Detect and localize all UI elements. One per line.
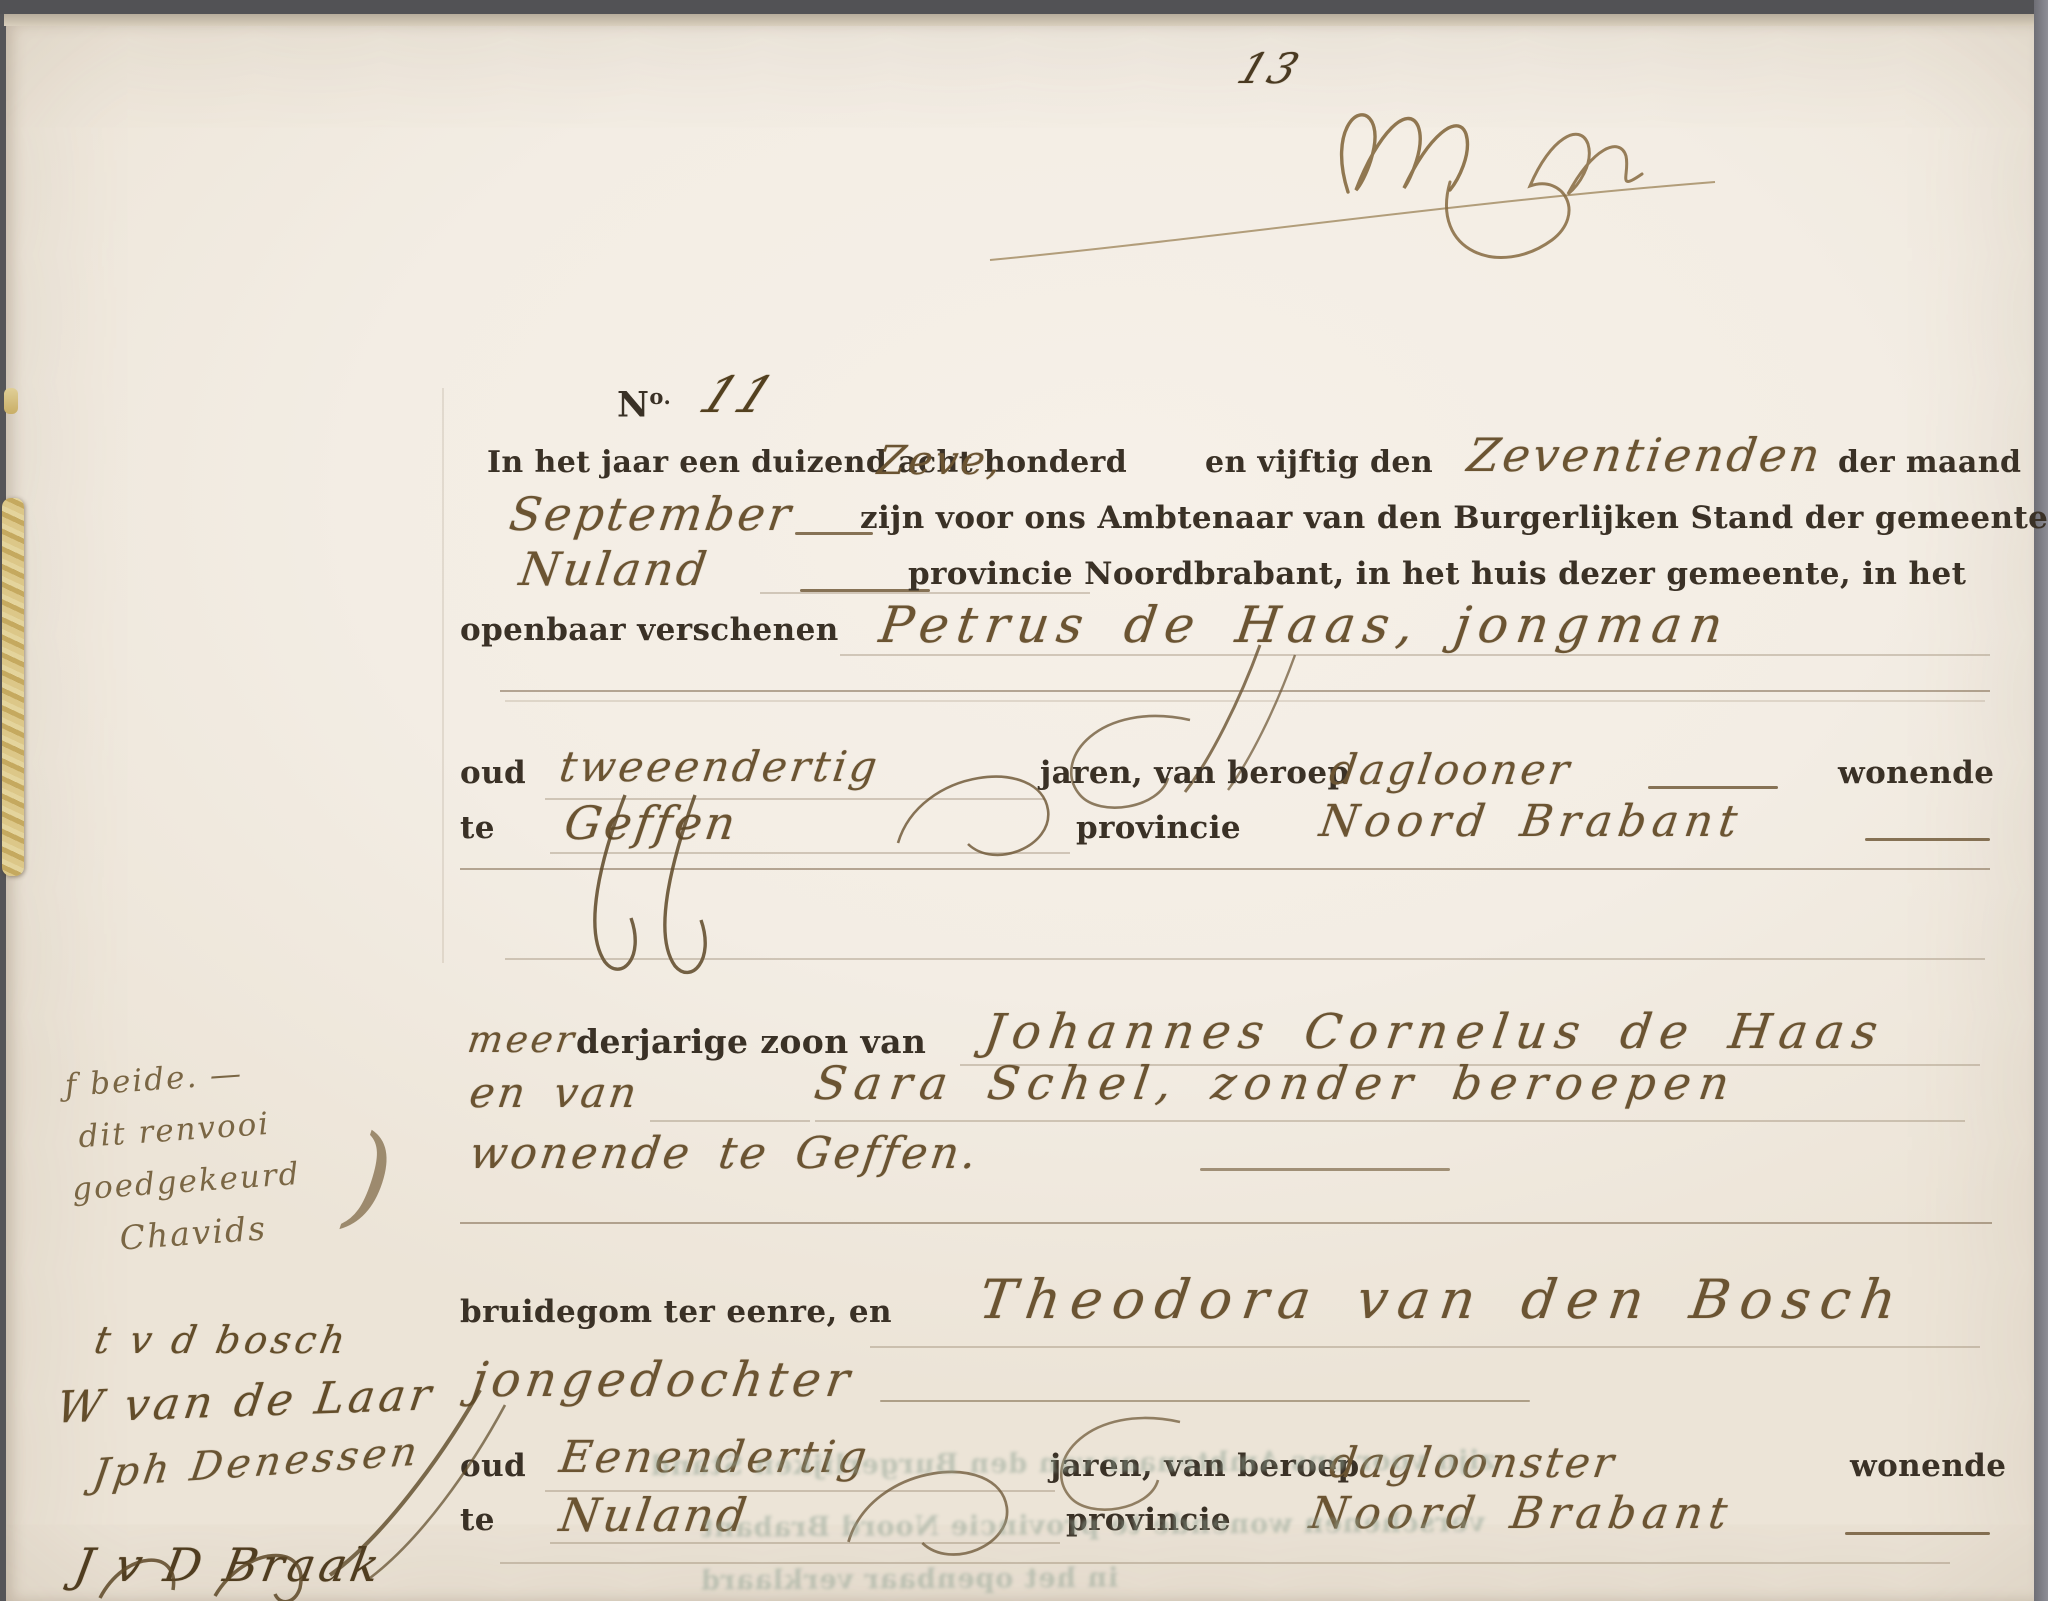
label-wonende-2: wonende <box>1850 1448 2006 1484</box>
label-oud: oud <box>460 755 526 791</box>
hw-groom-name: Petrus de Haas, jongman <box>876 596 1734 654</box>
hw-month: September <box>506 487 797 541</box>
bleedthrough-text: in het openbaar verklaard <box>700 1563 1119 1597</box>
label-jaren-beroep: jaren, van beroep <box>1040 755 1350 791</box>
page-edge-under <box>4 14 2036 26</box>
hw-bride-status: jongedochter <box>468 1352 858 1408</box>
pen-dash <box>1648 786 1778 789</box>
hw-groom-occupation: daglooner <box>1327 745 1576 794</box>
signature-partial <box>85 1560 405 1601</box>
printed-line1-a: In het jaar een duizend acht honderd <box>487 445 1127 480</box>
printed-line3: provincie Noordbrabant, in het huis deze… <box>908 556 1966 592</box>
label-wonende: wonende <box>1838 755 1994 791</box>
hw-groom-age: tweeendertig <box>557 742 883 791</box>
blank-rule <box>650 1120 810 1122</box>
printed-line2: zijn voor ons Ambtenaar van den Burgerli… <box>860 500 2048 536</box>
bleedthrough-text: zijn voor ons Ambtenaar van den Burgerli… <box>650 1445 1496 1482</box>
blank-rule <box>815 1120 1965 1122</box>
hw-bride-name: Theodora van den Bosch <box>976 1268 1910 1331</box>
pen-dash <box>1200 1168 1450 1171</box>
blank-rule <box>840 654 1990 656</box>
scan-edge-top <box>0 0 2048 14</box>
bleedthrough-text: verschenen wonende te provincie Noord Br… <box>700 1507 1485 1543</box>
hw-father-name: Johannes Cornelus de Haas <box>981 1004 1889 1060</box>
document-scan: 13 No. 11 In het jaar een duizend acht h… <box>0 0 2048 1601</box>
hw-mother-name: Sara Schel, zonder beroepen <box>811 1056 1740 1110</box>
label-te: te <box>460 810 495 846</box>
label-bruidegom: bruidegom ter eenre, en <box>460 1294 892 1330</box>
printed-line4: openbaar verschenen <box>460 612 839 648</box>
hw-zoon-prefix: meer <box>465 1018 580 1061</box>
section-rule <box>500 690 1990 692</box>
blank-rule <box>760 592 1090 594</box>
paper-crease <box>442 388 444 963</box>
printed-line1-c: der maand <box>1838 445 2021 480</box>
printed-line1-b: en vijftig den <box>1205 445 1433 480</box>
pen-descender-ff <box>565 790 805 980</box>
scan-edge-right <box>2034 0 2048 1601</box>
pen-dash-long <box>880 1400 1530 1402</box>
no-superscript: o. <box>649 384 671 409</box>
binding-thread-nub <box>4 388 18 414</box>
label-provincie: provincie <box>1076 810 1241 846</box>
section-rule <box>500 1562 1950 1564</box>
hw-day: Zeventienden <box>1464 428 1826 482</box>
section-rule <box>460 1222 1992 1224</box>
act-number-label: No. <box>617 384 671 426</box>
pen-dash <box>1845 1532 1990 1535</box>
pen-loop <box>890 748 1070 868</box>
signature-vdbosch: t v d bosch <box>91 1318 353 1362</box>
blank-rule <box>870 1346 1980 1348</box>
hw-year-part: Zeve, <box>875 438 1007 484</box>
clerk-monogram-flourish <box>980 82 1720 292</box>
hw-en-van: en van <box>467 1068 643 1117</box>
section-rule <box>505 958 1985 960</box>
section-rule-shadow <box>505 700 1985 702</box>
hw-municipality: Nuland <box>516 542 713 596</box>
hw-groom-province: Noord Brabant <box>1316 796 1746 847</box>
binding-thread <box>2 498 24 876</box>
hw-parents-residence: wonende te Geffen. <box>466 1128 982 1179</box>
pen-dash <box>1865 838 1990 841</box>
